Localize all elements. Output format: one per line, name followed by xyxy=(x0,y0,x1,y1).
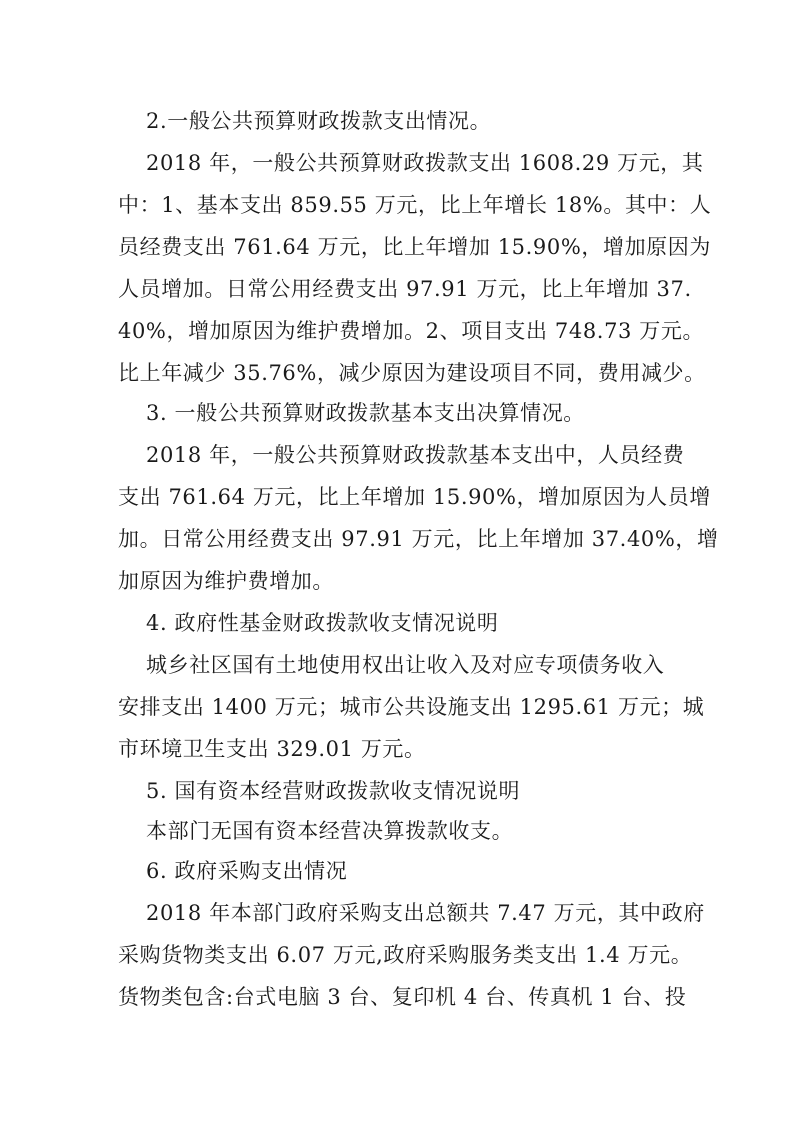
paragraph-line: 城乡社区国有土地使用权出让收入及对应专项债务收入 xyxy=(146,652,664,678)
paragraph-line: 2018 年本部门政府采购支出总额共 7.47 万元，其中政府 xyxy=(146,900,705,926)
paragraph-line: 安排支出 1400 万元；城市公共设施支出 1295.61 万元；城 xyxy=(118,694,704,720)
paragraph-line: 比上年减少 35.76%，减少原因为建设项目不同，费用减少。 xyxy=(118,360,706,386)
paragraph-line: 加。日常公用经费支出 97.91 万元，比上年增加 37.40%，增 xyxy=(118,526,719,552)
section-heading-4: 4. 政府性基金财政拨款收支情况说明 xyxy=(146,610,499,636)
paragraph-line: 支出 761.64 万元，比上年增加 15.90%，增加原因为人员增 xyxy=(118,484,711,510)
document-page: 2.一般公共预算财政拨款支出情况。 2018 年，一般公共预算财政拨款支出 16… xyxy=(0,0,793,1122)
paragraph-line: 本部门无国有资本经营决算拨款收支。 xyxy=(146,818,513,844)
paragraph-line: 市环境卫生支出 329.01 万元。 xyxy=(118,736,426,762)
paragraph-line: 采购货物类支出 6.07 万元,政府采购服务类支出 1.4 万元。 xyxy=(118,942,692,968)
paragraph-line: 员经费支出 761.64 万元，比上年增加 15.90%，增加原因为 xyxy=(118,234,711,260)
paragraph-line: 加原因为维护费增加。 xyxy=(118,568,334,594)
paragraph-line: 货物类包含:台式电脑 3 台、复印机 4 台、传真机 1 台、投 xyxy=(118,984,686,1010)
section-heading-2: 2.一般公共预算财政拨款支出情况。 xyxy=(146,108,491,134)
section-heading-5: 5. 国有资本经营财政拨款收支情况说明 xyxy=(146,778,520,804)
paragraph-line: 40%，增加原因为维护费增加。2、项目支出 748.73 万元。 xyxy=(118,318,704,344)
paragraph-line: 2018 年，一般公共预算财政拨款支出 1608.29 万元，其 xyxy=(146,150,704,176)
section-heading-3: 3. 一般公共预算财政拨款基本支出决算情况。 xyxy=(146,400,585,426)
paragraph-line: 中：1、基本支出 859.55 万元，比上年增长 18%。其中：人 xyxy=(118,192,711,218)
section-heading-6: 6. 政府采购支出情况 xyxy=(146,858,347,884)
paragraph-line: 2018 年，一般公共预算财政拨款基本支出中，人员经费 xyxy=(146,442,684,468)
paragraph-line: 人员增加。日常公用经费支出 97.91 万元，比上年增加 37. xyxy=(118,276,692,302)
